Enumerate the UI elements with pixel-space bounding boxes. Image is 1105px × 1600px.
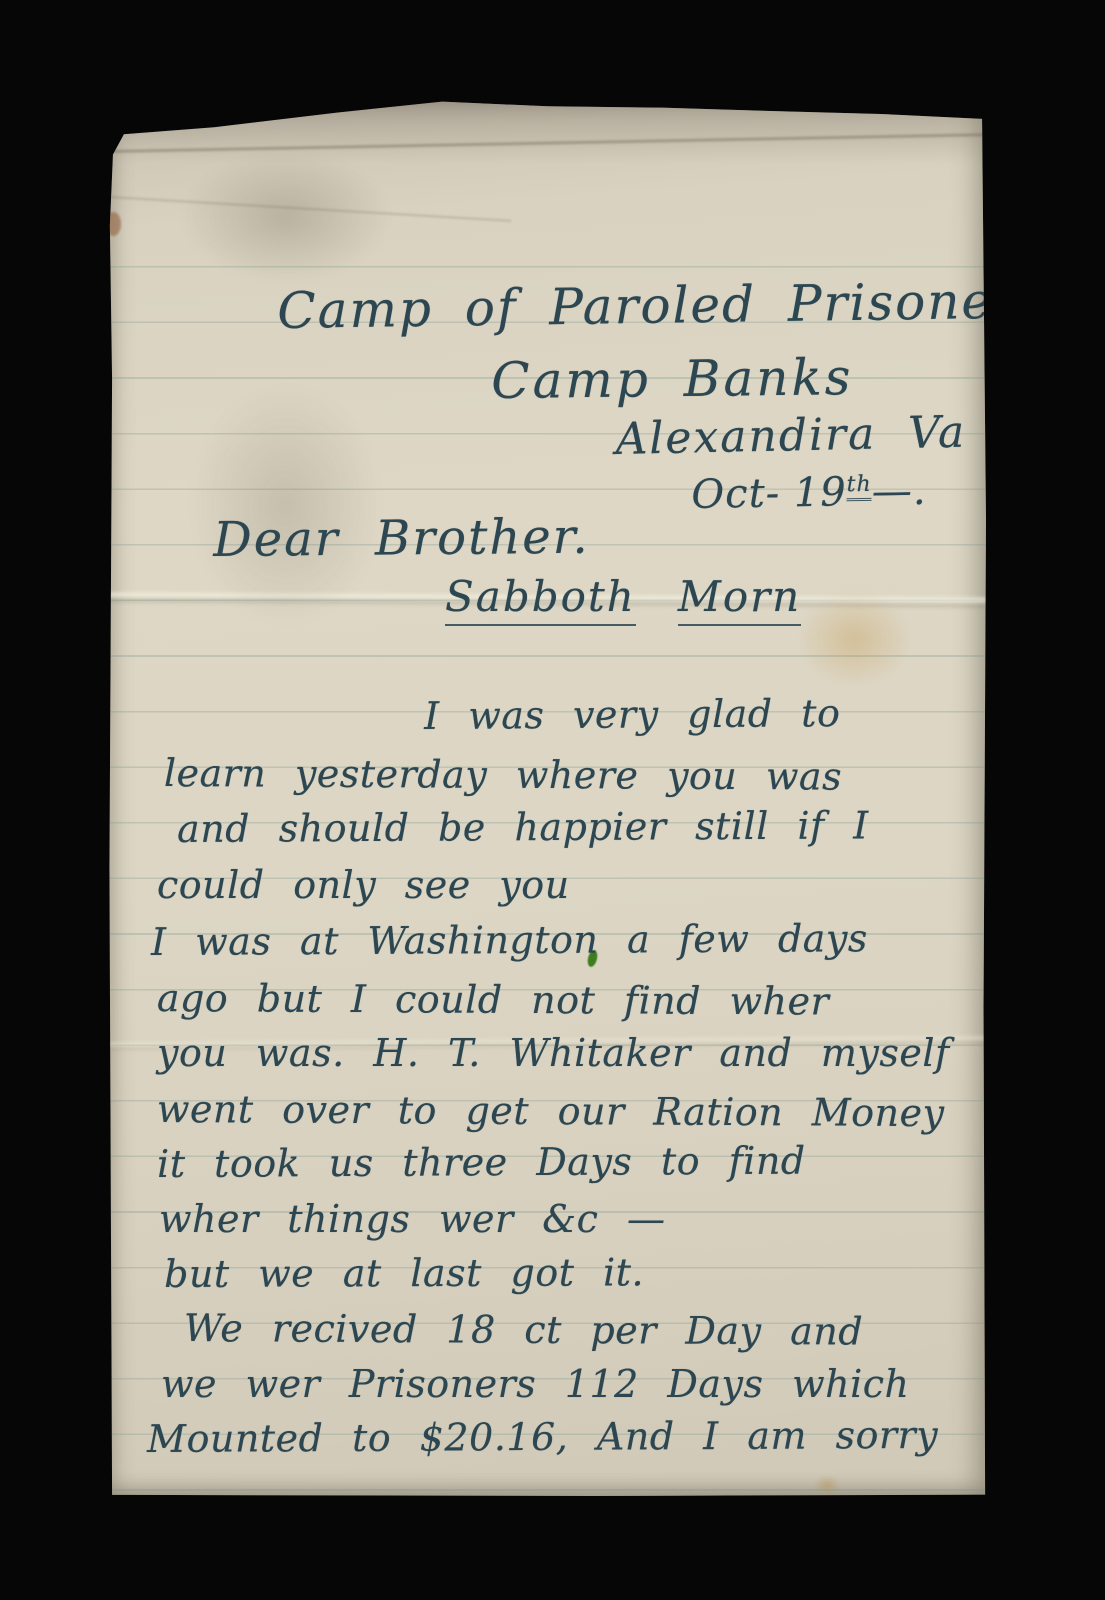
heading-place: Alexandira Va <box>615 407 967 465</box>
letter-line: ago but I could not find wher <box>157 976 830 1024</box>
top-fold-shadow <box>109 100 986 164</box>
date-main: Oct- 19 <box>691 469 847 518</box>
photo-background: Camp of Paroled Prisoners Camp Banks Ale… <box>0 0 1105 1600</box>
heading-date: Oct- 19th—. <box>691 468 927 518</box>
salutation-sabboth-morn: SabbothMorn <box>445 572 801 626</box>
date-ordinal-suffix: th <box>846 472 872 501</box>
letter-line: went over to get our Ration Money <box>157 1087 945 1135</box>
letter-line: learn yesterday where you was <box>164 751 842 799</box>
letter-line: and should be happier still if I <box>177 803 869 851</box>
letter-line: could only see you <box>157 863 570 907</box>
letter-line: I was at Washington a few days <box>151 916 868 964</box>
word-morn: Morn <box>678 572 801 626</box>
word-sabboth: Sabboth <box>445 572 636 626</box>
letter-line: you was. H. T. Whitaker and myself <box>157 1031 950 1075</box>
letter-line: Mounted to $20.16, And I am sorry <box>147 1413 938 1461</box>
heading-camp-line: Camp of Paroled Prisoners <box>277 271 1047 340</box>
date-dash: —. <box>871 468 927 515</box>
letter-line: but we at last got it. <box>164 1250 644 1296</box>
letter-line: we wer Prisoners 112 Days which <box>161 1362 910 1406</box>
letter-line: We recived 18 ct per Day and <box>184 1306 863 1354</box>
letter-line: it took us three Days to find <box>157 1139 806 1186</box>
heading-camp-banks: Camp Banks <box>491 348 854 410</box>
letter-line: wher things wer &c — <box>159 1197 665 1241</box>
letter-line: I was very glad to <box>424 691 841 738</box>
salutation-dear-brother: Dear Brother. <box>213 509 590 568</box>
letter-paper: Camp of Paroled Prisoners Camp Banks Ale… <box>109 100 986 1496</box>
